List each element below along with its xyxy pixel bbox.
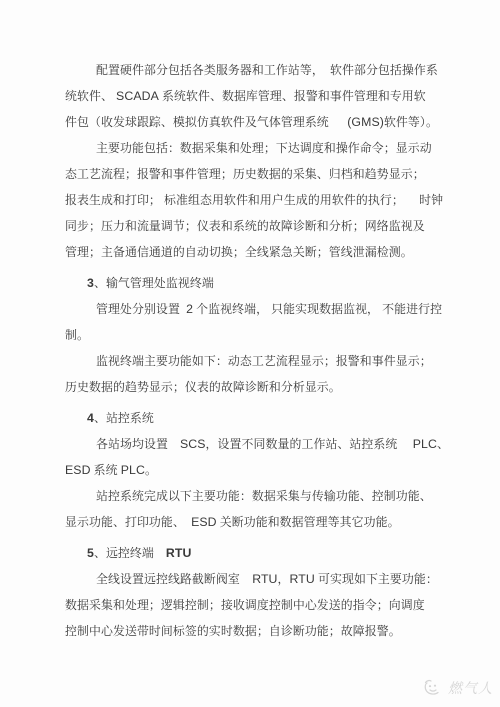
text-line: 管理处分别设置 2 个监视终端， 只能实现数据监视， 不能进行控 <box>65 296 427 322</box>
text-line: ESD 系统 PLC。 <box>65 457 427 483</box>
text-run: 软件等）。 <box>384 115 438 129</box>
text-line: 态工艺流程；报警和事件管理；历史数据的采集、归档和趋势显示； <box>65 161 427 187</box>
text-line: 数据采集和处理；逻辑控制；接收调度控制中心发送的指令；向调度 <box>65 592 427 618</box>
text-run: 统软件、 <box>65 89 116 103</box>
text-run: SCS <box>180 437 206 451</box>
text-run: RTU <box>252 572 277 586</box>
text-run: 件包（收发球跟踪、模拟仿真软件及气体管理系统 <box>65 115 347 129</box>
text-run: 系统软件、数据库管理、报警和事件管理和专用软 <box>159 89 426 103</box>
text-line: 各站场均设置 SCS，设置不同数量的工作站、站控系统 PLC、 <box>65 431 427 457</box>
text-run: RTU <box>166 546 192 560</box>
text-run: 2 <box>186 302 193 316</box>
text-run: 控制中心发送带时间标签的实时数据；自诊断功能；故障报警。 <box>65 624 401 638</box>
text-run: 配置硬件部分包括各类服务器和工作站等， 软件部分包括操作系 <box>96 63 438 77</box>
smiley-face-icon <box>423 678 445 698</box>
heading-line: 5、远控终端 RTU <box>65 540 427 566</box>
text-line: 显示功能、打印功能、 ESD 关断功能和数据管理等其它功能。 <box>65 509 427 535</box>
text-run: 主要功能包括：数据采集和处理；下达调度和操作命令；显示动 <box>96 141 432 155</box>
text-line: 历史数据的趋势显示；仪表的故障诊断和分析显示。 <box>65 374 427 400</box>
text-run: 系统 <box>91 463 121 477</box>
text-line: 主要功能包括：数据采集和处理；下达调度和操作命令；显示动 <box>65 135 427 161</box>
text-line: 统软件、 SCADA 系统软件、数据库管理、报警和事件管理和专用软 <box>65 83 427 109</box>
text-run: 报表生成和打印； 标准组态用软件和用户生成的用软件的执行； 时钟 <box>65 193 443 207</box>
document-lines: 配置硬件部分包括各类服务器和工作站等， 软件部分包括操作系统软件、 SCADA … <box>65 57 427 644</box>
text-line: 控制中心发送带时间标签的实时数据；自诊断功能；故障报警。 <box>65 618 427 644</box>
text-line: 制。 <box>65 322 427 348</box>
text-run: 4 <box>87 411 94 425</box>
text-run: PLC <box>413 437 437 451</box>
text-run: 、 <box>437 437 449 451</box>
text-run: ， <box>278 572 290 586</box>
document-page: 配置硬件部分包括各类服务器和工作站等， 软件部分包括操作系统软件、 SCADA … <box>0 0 500 707</box>
text-run: 关断功能和数据管理等其它功能。 <box>217 515 400 529</box>
text-run: ，设置不同数量的工作站、站控系统 <box>206 437 413 451</box>
text-run: 3 <box>87 276 94 290</box>
text-run: ESD <box>191 515 217 529</box>
text-run: 管理；主备通信通道的自动切换；全线紧急关断；管线泄漏检测。 <box>65 245 413 259</box>
heading-line: 4、站控系统 <box>65 405 427 431</box>
text-run: 历史数据的趋势显示；仪表的故障诊断和分析显示。 <box>65 380 341 394</box>
text-run: 个监视终端， 只能实现数据监视， 不能进行控 <box>193 302 442 316</box>
text-line: 全线设置远控线路截断阀室 RTU，RTU 可实现如下主要功能： <box>65 566 427 592</box>
text-run: 制。 <box>65 328 89 342</box>
text-run: 态工艺流程；报警和事件管理；历史数据的采集、归档和趋势显示； <box>65 167 425 181</box>
text-run: 同步；压力和流量调节；仪表和系统的故障诊断和分析；网络监视及 <box>65 219 425 233</box>
watermark: 燃气人 <box>423 678 493 698</box>
text-line: 管理；主备通信通道的自动切换；全线紧急关断；管线泄漏检测。 <box>65 239 427 265</box>
text-run: 数据采集和处理；逻辑控制；接收调度控制中心发送的指令；向调度 <box>65 598 425 612</box>
text-run: 显示功能、打印功能、 <box>65 515 191 529</box>
text-run: SCADA <box>116 89 159 103</box>
watermark-text: 燃气人 <box>448 678 493 698</box>
text-line: 站控系统完成以下主要功能：数据采集与传输功能、控制功能、 <box>65 483 427 509</box>
text-run: 管理处分别设置 <box>96 302 186 316</box>
text-run: 站控系统完成以下主要功能：数据采集与传输功能、控制功能、 <box>96 489 432 503</box>
text-run: 、远控终端 <box>94 546 166 560</box>
text-run: 5 <box>87 546 94 560</box>
text-run: 监视终端主要功能如下：动态工艺流程显示；报警和事件显示； <box>96 354 432 368</box>
text-run: (GMS) <box>347 115 384 129</box>
text-run: 各站场均设置 <box>96 437 180 451</box>
text-line: 同步；压力和流量调节；仪表和系统的故障诊断和分析；网络监视及 <box>65 213 427 239</box>
text-run: PLC <box>121 463 145 477</box>
text-line: 件包（收发球跟踪、模拟仿真软件及气体管理系统 (GMS)软件等）。 <box>65 109 427 135</box>
text-line: 配置硬件部分包括各类服务器和工作站等， 软件部分包括操作系 <box>65 57 427 83</box>
text-run: 。 <box>145 463 157 477</box>
text-run: ESD <box>65 463 91 477</box>
text-line: 报表生成和打印； 标准组态用软件和用户生成的用软件的执行； 时钟 <box>65 187 427 213</box>
text-run: 、输气管理处监视终端 <box>94 276 214 290</box>
text-run: 全线设置远控线路截断阀室 <box>96 572 252 586</box>
text-run: 可实现如下主要功能： <box>315 572 438 586</box>
text-run: 、站控系统 <box>94 411 154 425</box>
heading-line: 3、输气管理处监视终端 <box>65 270 427 296</box>
text-line: 监视终端主要功能如下：动态工艺流程显示；报警和事件显示； <box>65 348 427 374</box>
text-run: RTU <box>290 572 315 586</box>
